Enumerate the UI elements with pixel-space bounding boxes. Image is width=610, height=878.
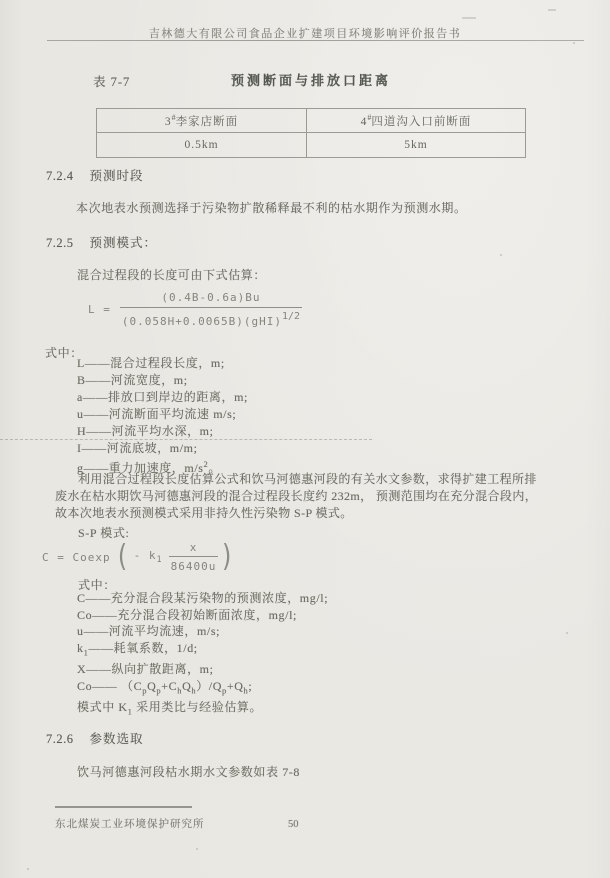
table-header-cell-sidaogou: 4#四道沟入口前断面 xyxy=(307,109,526,133)
coefficient-subscript: 1 xyxy=(157,555,163,565)
scan-speck xyxy=(500,254,502,256)
definition-line: I——河流底坡，m/m; xyxy=(77,440,248,457)
fraction-numerator: x xyxy=(169,541,219,557)
section-number: 7.2.4 xyxy=(46,169,74,183)
definition-line: X——纵向扩散距离，m; xyxy=(77,661,328,678)
distance-table: 3#李家店断面 4#四道沟入口前断面 0.5km 5km xyxy=(96,108,526,158)
paragraph-line: 废水在枯水期饮马河德惠河段的混合过程段长度约 232m， 预测范围均在充分混合段… xyxy=(55,488,565,505)
scan-smudge xyxy=(548,9,556,11)
section-heading-7-2-5: 7.2.5预测模式： xyxy=(46,233,157,251)
definition-line: B——河流宽度，m; xyxy=(77,372,248,389)
page-number: 50 xyxy=(288,819,299,830)
definition-line: Co——充分混合段初始断面浓度，mg/l; xyxy=(77,607,328,624)
definition-line: u——河流断面平均流速 m/s; xyxy=(77,406,248,423)
definition-line: 模式中 K1 采用类比与经验估算。 xyxy=(77,699,328,720)
paragraph-mixing-result: 利用混合过程段长度估算公式和饮马河德惠河段的有关水文参数，求得扩建工程所排废水在… xyxy=(55,471,565,522)
scan-speck xyxy=(196,848,198,850)
paragraph-line: 利用混合过程段长度估算公式和饮马河德惠河段的有关水文参数，求得扩建工程所排 xyxy=(55,471,565,488)
formula-fraction: (0.4B-0.6a)Bu (0.058H+0.0065B)(gHI)1/2 xyxy=(120,291,302,328)
table-value-cell-lijiadian: 0.5km xyxy=(97,133,307,158)
formula-coefficient: - k1 xyxy=(134,549,163,565)
definition-line: k1——耗氧系数，1/d; xyxy=(77,640,328,661)
definition-line: a——排放口到岸边的距离，m; xyxy=(77,389,248,406)
definition-line: C——充分混合段某污染物的预测浓度，mg/l; xyxy=(77,590,328,607)
footer-organization: 东北煤炭工业环境保护研究所 xyxy=(55,816,205,831)
scan-crease-line xyxy=(0,439,372,440)
definition-list-2: C——充分混合段某污染物的预测浓度，mg/l;Co——充分混合段初始断面浓度，m… xyxy=(77,590,328,720)
page-header-title: 吉林德大有限公司食品企业扩建项目环境影响评价报告书 xyxy=(0,25,610,41)
section-title: 参数选取 xyxy=(90,732,144,746)
section-title: 预测模式： xyxy=(90,236,158,250)
open-paren: ( xyxy=(115,542,130,572)
table-value-row: 0.5km 5km xyxy=(97,133,526,158)
formula-intro-text: 混合过程段的长度可由下式估算： xyxy=(77,266,266,283)
fraction-exponent: 1/2 xyxy=(282,311,300,322)
section-title: 预测时段 xyxy=(90,169,144,183)
scan-smudge xyxy=(462,17,476,19)
paragraph-parameter-reference: 饮马河德惠河段枯水期水文参数如表 7-8 xyxy=(77,763,300,780)
paragraph-line: 故本次地表水预测模式采用非持久性污染物 S-P 模式。 xyxy=(55,505,565,522)
definition-line: H——河流平均水深，m; xyxy=(77,423,248,440)
close-paren: ) xyxy=(220,542,235,572)
table-header-cell-lijiadian: 3#李家店断面 xyxy=(97,109,307,133)
sp-model-formula: C = Coexp ( - k1 x 86400u ) xyxy=(42,541,237,573)
footer-rule xyxy=(55,806,192,808)
definition-line: L——混合过程段长度，m; xyxy=(77,355,248,372)
mixing-length-formula: L = (0.4B-0.6a)Bu (0.058H+0.0065B)(gHI)1… xyxy=(88,291,302,328)
scan-speck xyxy=(573,42,575,44)
section-heading-7-2-4: 7.2.4预测时段 xyxy=(46,166,144,184)
definition-line: u——河流平均流速，m/s; xyxy=(77,623,328,640)
scan-speck xyxy=(566,632,568,634)
definition-list-1: L——混合过程段长度，m;B——河流宽度，m;a——排放口到岸边的距离，m;u—… xyxy=(77,355,248,477)
header-rule xyxy=(47,40,584,41)
formula-lhs: C = Coexp xyxy=(42,551,111,564)
formula-lhs: L = xyxy=(88,303,111,316)
paragraph-prediction-period: 本次地表水预测选择于污染物扩散稀释最不利的枯水期作为预测水期。 xyxy=(76,199,467,216)
table-value-cell-sidaogou: 5km xyxy=(307,133,526,158)
fraction-denominator: (0.058H+0.0065B)(gHI)1/2 xyxy=(120,308,302,328)
section-heading-7-2-6: 7.2.6参数选取 xyxy=(46,729,144,747)
table-header-row: 3#李家店断面 4#四道沟入口前断面 xyxy=(97,109,526,133)
section-number: 7.2.6 xyxy=(46,732,74,746)
definition-line: Co—— （CpQp+ChQh）/Qp+Qh; xyxy=(77,678,328,699)
fraction-numerator: (0.4B-0.6a)Bu xyxy=(120,291,302,308)
table-caption-title: 预测断面与排放口距离 xyxy=(96,70,526,89)
fraction-denominator: 86400u xyxy=(169,557,219,573)
scan-speck xyxy=(27,868,29,870)
section-number: 7.2.5 xyxy=(46,236,74,250)
scanned-report-page: 吉林德大有限公司食品企业扩建项目环境影响评价报告书 表 7-7 预测断面与排放口… xyxy=(0,0,610,878)
formula-fraction: x 86400u xyxy=(169,541,219,573)
